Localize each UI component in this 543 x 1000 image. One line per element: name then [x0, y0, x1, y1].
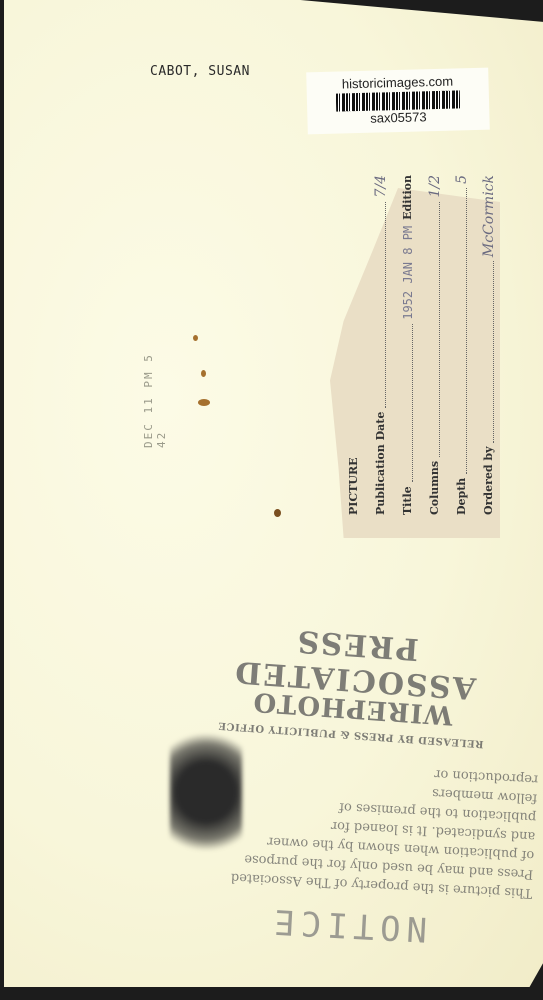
field-suffix: Edition: [401, 175, 414, 220]
label-field-columns: Columns 1/2: [421, 175, 448, 515]
label-field-publication-date: Publication Date 7/4: [367, 175, 394, 515]
notice-stamp: NOTICE This picture is the property of T…: [164, 716, 540, 955]
label-header-text: PICTURE: [347, 458, 360, 515]
field-label: Depth: [455, 478, 468, 515]
dotted-line: [483, 261, 494, 442]
foxing-spot: [201, 370, 206, 377]
label-header: PICTURE: [340, 175, 367, 515]
dotted-line: [429, 202, 440, 457]
label-field-title: Title 1952 JAN 8 PM Edition: [394, 175, 421, 515]
label-fields: PICTURE Publication Date 7/4 Title 1952 …: [340, 175, 490, 515]
field-value: 1952 JAN 8 PM: [401, 226, 415, 320]
field-label: Ordered by: [482, 447, 495, 515]
label-field-depth: Depth 5: [448, 175, 475, 515]
field-label: Columns: [428, 461, 441, 515]
dotted-line: [456, 188, 467, 474]
dotted-line: [402, 324, 413, 483]
field-value: McCormick: [481, 175, 497, 257]
foxing-spot: [193, 335, 198, 341]
dotted-line: [375, 202, 386, 408]
field-value: 7/4: [373, 175, 389, 198]
field-value: 5: [454, 175, 470, 184]
archive-sticker: historicimages.com sax05573: [306, 68, 490, 135]
foxing-spot: [274, 509, 281, 517]
field-value: 1/2: [427, 175, 443, 198]
field-label: Title: [401, 486, 414, 515]
field-label: Publication Date: [374, 412, 387, 515]
foxing-spot: [198, 399, 210, 406]
label-field-ordered-by: Ordered by McCormick: [475, 175, 502, 515]
subject-name: CABOT, SUSAN: [150, 64, 250, 79]
sticker-site: historicimages.com: [306, 73, 488, 93]
notice-body: This picture is the property of The Asso…: [167, 751, 538, 903]
received-date-stamp: DEC 11 PM 5 42: [142, 328, 168, 448]
sticker-code: sax05573: [307, 108, 489, 128]
